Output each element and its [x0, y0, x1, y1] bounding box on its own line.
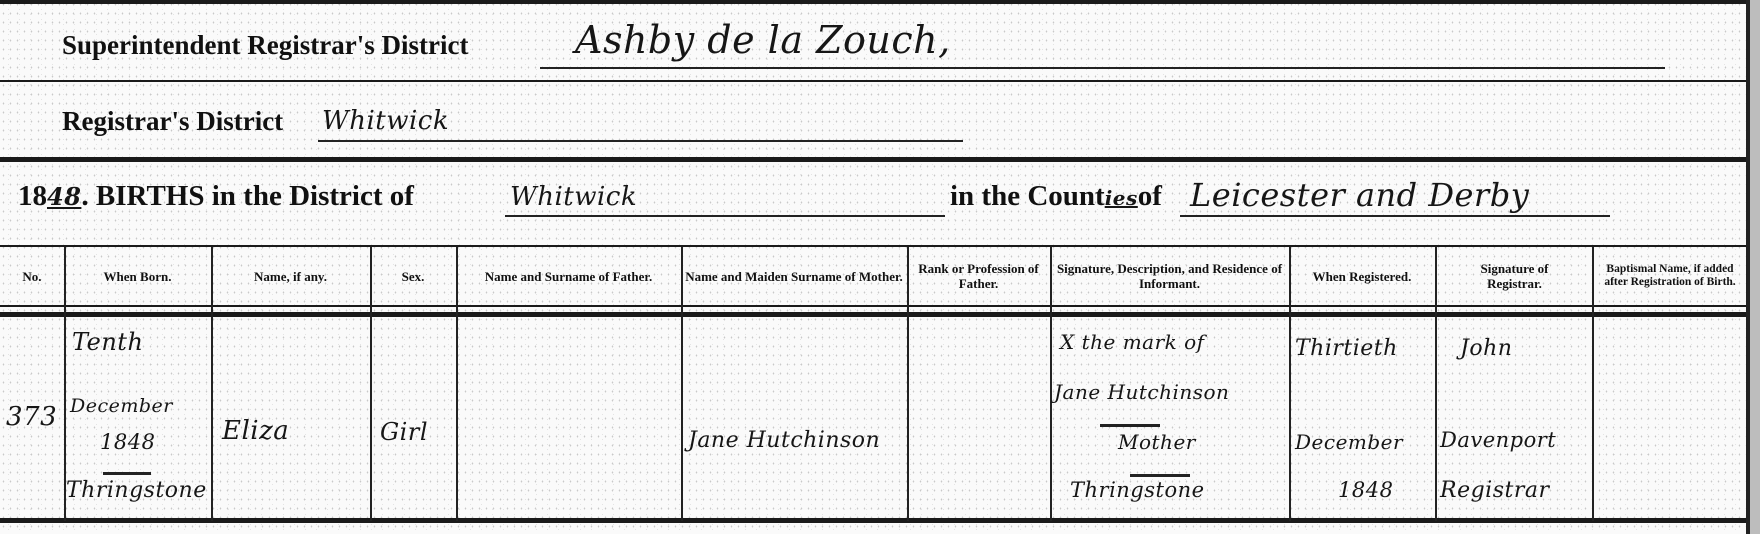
- county-label-ies: ies: [1105, 186, 1138, 210]
- right-border: [1746, 0, 1750, 534]
- year-underline: [103, 472, 151, 475]
- header-bottom-rule-2: [0, 312, 1746, 317]
- col-header-when-registered: When Registered.: [1291, 250, 1433, 302]
- when-born-place: Thringstone: [66, 478, 207, 503]
- col-header-profession: Rank or Profession of Father.: [909, 250, 1048, 302]
- mother-name: Jane Hutchinson: [688, 428, 880, 453]
- col-header-baptismal-name: Baptismal Name, if added after Registrat…: [1596, 250, 1744, 302]
- double-rule-thick: [0, 157, 1746, 162]
- superintendent-district-label: Superintendent Registrar's District: [62, 30, 468, 61]
- profession-cell: [909, 318, 1048, 516]
- county-label: in the Countiesof: [950, 180, 1162, 213]
- county-label-pre: in the Count: [950, 180, 1105, 212]
- baptismal-name-cell: [1594, 318, 1744, 516]
- col-header-informant: Signature, Description, and Residence of…: [1052, 250, 1287, 302]
- year-prefix: 18: [18, 180, 47, 212]
- county-value: Leicester and Derby: [1190, 176, 1529, 214]
- header-bottom-rule-1: [0, 305, 1746, 307]
- col-header-sex: Sex.: [370, 250, 456, 302]
- table-bottom-rule: [0, 518, 1746, 523]
- registrar-district-value: Whitwick: [322, 106, 449, 136]
- births-title: 1848. BIRTHS in the District of: [18, 180, 414, 213]
- informant-description: Mother: [1118, 430, 1196, 454]
- registrar-first-name: John: [1460, 336, 1512, 361]
- informant-mark: X the mark of: [1060, 330, 1205, 354]
- col-header-mother: Name and Maiden Surname of Mother.: [683, 250, 905, 302]
- informant-residence: Thringstone: [1070, 478, 1205, 502]
- col-divider: [1435, 247, 1437, 521]
- registered-year: 1848: [1338, 478, 1393, 502]
- registered-day: Thirtieth: [1295, 336, 1398, 361]
- when-born-month: December: [70, 395, 173, 417]
- registered-month: December: [1295, 430, 1403, 454]
- col-header-name: Name, if any.: [211, 250, 370, 302]
- superintendent-district-underline: [540, 67, 1665, 69]
- informant-underline: [1100, 424, 1160, 427]
- registrar-title: Registrar: [1440, 478, 1549, 503]
- col-header-no: No.: [0, 250, 64, 302]
- rule-after-superintendent: [0, 80, 1746, 82]
- registrar-district-label: Registrar's District: [62, 106, 283, 137]
- entry-number: 373: [6, 402, 57, 432]
- father-name-cell: [458, 318, 679, 516]
- registrar-surname: Davenport: [1440, 428, 1556, 452]
- informant-underline-2: [1130, 474, 1190, 477]
- informant-name: Jane Hutchinson: [1054, 380, 1229, 404]
- col-header-registrar-signature: Signature of Registrar.: [1457, 250, 1572, 302]
- year-suffix: 48: [47, 182, 81, 211]
- when-born-day: Tenth: [72, 328, 143, 356]
- child-sex: Girl: [380, 418, 428, 446]
- district-value: Whitwick: [510, 182, 637, 212]
- county-label-post: of: [1138, 180, 1162, 212]
- registrar-district-underline: [318, 140, 963, 142]
- birth-register-page: Superintendent Registrar's District Ashb…: [0, 0, 1750, 534]
- superintendent-district-value: Ashby de la Zouch,: [575, 18, 951, 62]
- county-underline: [1180, 215, 1610, 217]
- col-header-father: Name and Surname of Father.: [476, 250, 661, 302]
- col-header-when-born: When Born.: [64, 250, 211, 302]
- table-top-rule: [0, 245, 1746, 247]
- top-border: [0, 0, 1746, 4]
- district-underline: [505, 215, 945, 217]
- child-name: Eliza: [222, 416, 289, 446]
- births-label: . BIRTHS in the District of: [81, 180, 413, 212]
- when-born-year: 1848: [100, 430, 155, 454]
